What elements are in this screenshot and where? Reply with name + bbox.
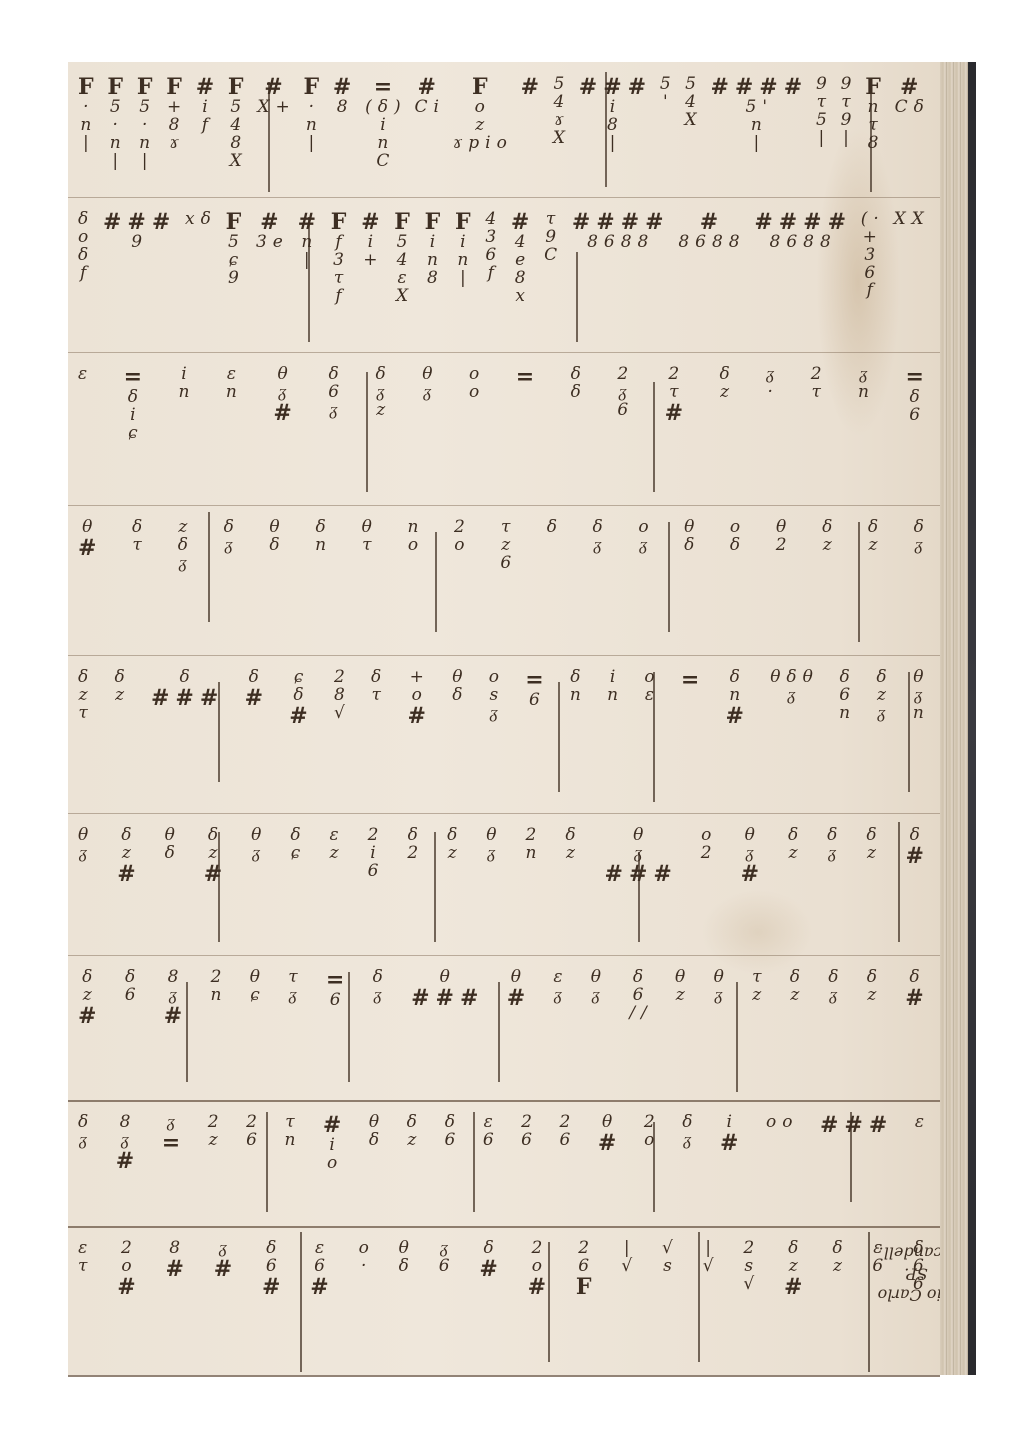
tablature-glyph: ᵹ (788, 687, 802, 705)
tablature-glyph: C (376, 153, 395, 171)
tablature-glyph: X (553, 130, 571, 148)
tablature-chord: δz (867, 969, 883, 1005)
tablature-chord: δτ (371, 669, 387, 705)
tablature-chord: δᵹ (224, 519, 240, 555)
tablature-chord: τ9C (544, 211, 563, 265)
tablature-chord: F+8ɤ (166, 76, 188, 153)
tablature-glyph: f (80, 265, 92, 283)
tablature-glyph: F (228, 76, 250, 99)
tablature-chord: 2o# (117, 1240, 141, 1299)
tablature-glyph: | (304, 252, 316, 270)
tablature-glyph: o (327, 1155, 343, 1173)
tablature-glyph: 8688 (587, 234, 654, 252)
tablature-glyph: | (610, 135, 622, 153)
tablature-chord: 436f (485, 211, 502, 282)
tablature-glyph: s (663, 1258, 678, 1276)
tablature-glyph: δ (547, 519, 563, 537)
tablature-chord: δ (547, 519, 563, 537)
tablature-glyph: o (454, 537, 470, 555)
tablature-chord: δz (866, 827, 882, 863)
tablature-chord: ɛz (330, 827, 345, 863)
tablature-glyph: ɤ (554, 112, 570, 130)
tablature-chord: #8 (333, 76, 357, 117)
tablature-glyph: F (576, 1276, 598, 1299)
glyph-row: θ#δτzδᵹδᵹθδδnθτno2oτz6δδᵹoᵹθδoδθ2δzδzδᵹ (78, 519, 930, 573)
tablature-glyph: z (79, 687, 94, 705)
tablature-chord: θᵹ (714, 969, 730, 1005)
tablature-glyph: ɤ (169, 135, 185, 153)
tablature-glyph: τ (362, 537, 377, 555)
tablature-chord: ɛ6 (483, 1114, 500, 1150)
tablature-chord: θ# (598, 1114, 622, 1155)
tablature-glyph: f (867, 282, 879, 300)
tablature-chord: |√ (703, 1240, 720, 1276)
tablature-chord: τn (284, 1114, 301, 1150)
tablature-glyph: ᵹ (915, 537, 929, 555)
tablature-chord: #3e (256, 211, 289, 252)
tablature-chord: 2o (454, 519, 471, 555)
tablature-glyph: ᵹ (79, 1132, 93, 1150)
tablature-chord: ᵹn (858, 366, 875, 402)
tablature-chord: ɛ (78, 366, 93, 384)
tablature-chord: δτ (132, 519, 148, 555)
tablature-glyph: F (331, 211, 353, 234)
tablature-chord: δz (565, 827, 581, 863)
book-binding-edge (940, 62, 968, 1375)
tablature-system: δzτδzδ###δ#ɕδ#28√δτ+o#θδosᵹ=6δninoɛ=δn#θ… (68, 655, 940, 813)
tablature-glyph: = (124, 366, 148, 389)
tablature-glyph: τ (811, 384, 826, 402)
tablature-glyph: 8 (515, 270, 532, 288)
tablature-glyph: 3 (864, 247, 881, 265)
tablature-glyph: = (905, 366, 929, 389)
tablature-glyph: F (425, 211, 447, 234)
tablature-glyph: 9 (545, 229, 562, 247)
tablature-chord: θᵹ (591, 969, 607, 1005)
tablature-chord: δz# (117, 827, 141, 886)
tablature-glyph: 6 (839, 687, 856, 705)
tablature-glyph: # (521, 76, 545, 99)
tablature-chord: θᵹ# (741, 827, 765, 886)
tablature-glyph: 4 (554, 94, 571, 112)
tablature-chord: θᵹ (78, 827, 94, 863)
tablature-glyph: ᵹ (169, 987, 183, 1005)
tablature-chord: i# (720, 1114, 744, 1155)
tablature-chord: ᵹ# (214, 1240, 238, 1281)
tablature-chord: =δiɕ (124, 366, 148, 443)
tablature-chord: δz (832, 1240, 848, 1276)
tablature-chord: δ6 (444, 1114, 461, 1150)
tablature-chord: δz (407, 1114, 423, 1150)
tablature-chord: o· (359, 1240, 375, 1276)
tablature-glyph: τ (334, 270, 349, 288)
tablature-glyph: n (179, 384, 196, 402)
tablature-glyph: ᵹ (279, 384, 293, 402)
tablature-glyph: 6 (328, 384, 345, 402)
tablature-glyph: δ (571, 384, 587, 402)
tablature-glyph: # (528, 1276, 552, 1299)
tablature-chord: F5·n| (137, 76, 159, 170)
tablature-glyph: # (720, 1132, 744, 1155)
tablature-chord: ᵹ6 (439, 1240, 456, 1276)
tablature-glyph: ᵹ (746, 845, 760, 863)
tablature-glyph: + (363, 252, 383, 270)
tablature-glyph: 8 (334, 687, 351, 705)
tablature-glyph: z (407, 1132, 422, 1150)
tablature-glyph: δ (684, 537, 700, 555)
tablature-chord: δz (788, 827, 804, 863)
tablature-chord: 26 (560, 1114, 577, 1150)
tablature-glyph: 8688 (770, 234, 837, 252)
tablature-chord: 2τ (811, 366, 828, 402)
tablature-glyph: ᵹ (423, 384, 437, 402)
tablature-chord: ᵹ· (766, 366, 780, 402)
tablature-glyph: f (335, 288, 347, 306)
tablature-system: δoδf###9xδF5ɕ9#3e#n|Ff3τf#i+F54ɛXFin8Fin… (68, 197, 940, 352)
tablature-chord: δoδf (78, 211, 94, 282)
tablature-glyph: ### (605, 863, 678, 886)
tablature-chord: δδ (571, 366, 587, 402)
tablature-glyph: | (83, 135, 95, 153)
tablature-chord: F·n| (78, 76, 100, 153)
tablature-chord: δ6// (629, 969, 652, 1023)
tablature-glyph: XX (894, 211, 930, 229)
tablature-glyph: 6 (439, 1258, 456, 1276)
tablature-chord: δᵹ (78, 1114, 94, 1150)
tablature-glyph: n (913, 705, 930, 723)
tablature-glyph: F (107, 76, 129, 99)
tablature-glyph: 6 (500, 555, 517, 573)
tablature-glyph: o (469, 384, 485, 402)
tablature-glyph: z (789, 1258, 804, 1276)
tablature-glyph: # (273, 402, 297, 425)
tablature-glyph: # (417, 76, 441, 99)
tablature-glyph: n (858, 384, 875, 402)
tablature-chord: oo (469, 366, 485, 402)
tablature-glyph: X (396, 288, 414, 306)
tablature-glyph: ᵹ (487, 845, 501, 863)
tablature-chord: θᵹ (251, 827, 267, 863)
tablature-chord: in (607, 669, 624, 705)
tablature-glyph: # (323, 1114, 347, 1137)
tablature-glyph: x (515, 288, 531, 306)
tablature-glyph: τ (78, 705, 93, 723)
tablature-glyph: 8 (427, 270, 444, 288)
tablature-chord: ### (820, 1114, 893, 1137)
tablature-chord: δ# (905, 969, 929, 1010)
tablature-glyph: n (226, 384, 243, 402)
tablature-chord: |√ (621, 1240, 638, 1276)
tablature-glyph: τ (371, 687, 386, 705)
tablature-glyph: 3e (256, 234, 289, 252)
tablature-glyph: 6 (314, 1258, 331, 1276)
tablature-chord: 2s√ (743, 1240, 760, 1294)
tablature-glyph: n (570, 687, 587, 705)
tablature-glyph: ɛ (645, 687, 660, 705)
tablature-glyph: F (78, 76, 100, 99)
tablature-chord: δᵹz (376, 366, 392, 420)
tablature-chord: δ6# (262, 1240, 286, 1299)
tablature-glyph: τ (78, 1258, 93, 1276)
tablature-glyph: X+ (257, 99, 295, 117)
tablature-glyph: 9 (841, 112, 858, 130)
tablature-glyph: n (839, 705, 856, 723)
glyph-row: F·n|F5·n|F5·n|F+8ɤ#ifF548X#X+F·n|#8=(δ)i… (78, 76, 930, 170)
tablature-glyph: 9 (228, 270, 245, 288)
tablature-glyph: = (525, 669, 549, 692)
tablature-glyph: | (753, 135, 765, 153)
tablature-chord: #X+ (257, 76, 295, 117)
tablature-glyph: z (209, 1132, 224, 1150)
tablature-glyph: # (196, 76, 220, 99)
tablature-chord: ###i8| (579, 76, 652, 153)
tablature-glyph: √ (743, 1276, 760, 1294)
tablature-glyph: 8 (337, 99, 354, 117)
tablature-glyph: ɕ (128, 425, 144, 443)
tablature-chord: ɕδ# (289, 669, 313, 728)
tablature-glyph: # (214, 1258, 238, 1281)
tablature-chord: oɛ (644, 669, 660, 705)
tablature-chord: δzᵹ (876, 669, 892, 723)
tablature-chord: F5ɕ9 (226, 211, 248, 288)
tablature-glyph: | (819, 130, 831, 148)
tablature-glyph: 6 (529, 692, 546, 710)
tablature-glyph: f (488, 265, 500, 283)
manuscript-page: F·n|F5·n|F5·n|F+8ɤ#ifF548X#X+F·n|#8=(δ)i… (68, 62, 968, 1375)
tablature-chord: 26 (521, 1114, 538, 1150)
tablature-chord: δ# (906, 827, 930, 868)
tablature-glyph: #### (754, 211, 852, 234)
tablature-glyph: # (665, 402, 689, 425)
tablature-chord: δᵹ (827, 827, 843, 863)
tablature-glyph: 2 (701, 845, 718, 863)
tablature-chord: #4e8x (511, 211, 535, 305)
tablature-chord: δz# (78, 969, 102, 1028)
tablature-chord: ɛᵹ (553, 969, 568, 1005)
tablature-chord: τᵹ (288, 969, 303, 1005)
tablature-chord: Ff3τf (331, 211, 353, 305)
tablature-glyph: # (166, 1258, 190, 1281)
tablature-glyph: ' (663, 94, 674, 112)
tablature-chord: δzτ (78, 669, 94, 723)
tablature-chord: oᵹ (638, 519, 654, 555)
tablature-glyph: C (544, 247, 563, 265)
tablature-glyph: ᵹ (592, 987, 606, 1005)
tablature-glyph: ᵹ (619, 384, 633, 402)
tablature-chord: Fozɤpio (453, 76, 513, 153)
tablature-glyph: ### (103, 211, 176, 234)
tablature-glyph: z (752, 987, 767, 1005)
tablature-glyph: z (676, 987, 691, 1005)
tablature-glyph: Ci (414, 99, 444, 117)
tablature-chord: 26 (246, 1114, 263, 1150)
tablature-glyph: 6 (444, 1132, 461, 1150)
tablature-glyph: # (479, 1258, 503, 1281)
tablature-glyph: ᵹ (639, 537, 653, 555)
tablature-glyph: √ (703, 1258, 720, 1276)
tablature-chord: δ6ᵹ (328, 366, 345, 420)
tablature-glyph: # (245, 687, 269, 710)
tablature-glyph: z (867, 845, 882, 863)
tablature-glyph: = (681, 669, 705, 692)
tablature-glyph: X (685, 112, 703, 130)
tablature-chord: =6 (525, 669, 549, 710)
tablature-chord: θ# (78, 519, 102, 560)
tablature-glyph: 6 (560, 1132, 577, 1150)
tablature-glyph: # (333, 76, 357, 99)
tablature-chord: =(δ)inC (365, 76, 407, 170)
tablature-chord: θɕ (250, 969, 266, 1005)
tablature-glyph: 2 (776, 537, 793, 555)
tablature-glyph: ### (579, 76, 652, 99)
tablature-glyph: n (729, 687, 746, 705)
tablature-glyph: # (598, 1132, 622, 1155)
tablature-glyph: F (166, 76, 188, 99)
tablature-chord: Fin| (455, 211, 477, 288)
tablature-chord: 54X (685, 76, 703, 130)
tablature-glyph: z (330, 845, 345, 863)
tablature-chord: δz (822, 519, 838, 555)
tablature-glyph: ᵹ (490, 705, 504, 723)
tablature-chord: 2τ# (665, 366, 689, 425)
tablature-chord: δᵹ (682, 1114, 698, 1150)
tablature-chord: 2o# (528, 1240, 552, 1299)
tablature-glyph: Cδ (895, 99, 930, 117)
tablature-glyph: ᵹ (554, 987, 568, 1005)
tablature-chord: F·n| (304, 76, 326, 153)
tablature-glyph: | (112, 153, 124, 171)
tablature-chord: 5' (660, 76, 677, 112)
tablature-chord: ###9 (103, 211, 176, 252)
tablature-chord: #Ci (414, 76, 444, 117)
tablature-chord: in (179, 366, 196, 402)
tablature-chord: ᵹ= (162, 1114, 186, 1155)
tablature-glyph: z (122, 845, 137, 863)
tablature-glyph: F (394, 211, 416, 234)
tablature-glyph: δ (293, 687, 309, 705)
tablature-chord: δn# (726, 669, 750, 728)
tablature-glyph: oo (766, 1114, 798, 1132)
tablature-chord: θᵹ (422, 366, 438, 402)
tablature-glyph: 6 (125, 987, 142, 1005)
tablature-glyph: = (374, 76, 398, 99)
tablature-glyph: # (511, 211, 535, 234)
tablature-chord: +o# (408, 669, 432, 728)
tablature-chord: θδ (165, 827, 181, 863)
tablature-chord: 2o (644, 1114, 661, 1150)
glyph-row: ɛ=δiɕinɛnθᵹ#δ6ᵹδᵹzθᵹoo=δδ2ᵹ62τ#δzᵹ·2τᵹn=… (78, 366, 930, 443)
tablature-glyph: 6 (246, 1132, 263, 1150)
tablature-glyph: n (139, 135, 156, 153)
tablature-glyph: ɛ (78, 366, 93, 384)
tablature-chord: δᵹ (593, 519, 609, 555)
tablature-chord: θᵹ### (605, 827, 678, 886)
tablature-glyph: z (720, 384, 735, 402)
tablature-chord: δz (868, 519, 884, 555)
tablature-chord: = (516, 366, 540, 389)
tablature-glyph: #### (710, 76, 808, 99)
tablature-system: F·n|F5·n|F5·n|F+8ɤ#ifF548X#X+F·n|#8=(δ)i… (68, 62, 940, 197)
tablature-glyph: ᵹ (289, 987, 303, 1005)
tablature-glyph: 8 (868, 135, 885, 153)
tablature-chord: θ# (507, 969, 531, 1010)
tablature-chord: δn (570, 669, 587, 705)
tablature-glyph: ᵹ (877, 705, 891, 723)
tablature-glyph: 8688 (678, 234, 745, 252)
tablature-chord: =6 (326, 969, 350, 1010)
tablature-glyph: o (121, 1258, 137, 1276)
tablature-chord: δ# (245, 669, 269, 710)
tablature-chord: #i+ (361, 211, 385, 270)
tablature-glyph: F (137, 76, 159, 99)
tablature-chord: 8ᵹ# (164, 969, 188, 1028)
tablature-chord: #io (323, 1114, 347, 1173)
tablature-glyph: o (408, 537, 424, 555)
tablature-glyph: 2 (407, 845, 424, 863)
glyph-row: θᵹδz#θδδz#θᵹδɕɛz2i6δ2δzθᵹ2nδzθᵹ###o2θᵹ#δ… (78, 827, 930, 886)
tablature-glyph: 6 (368, 863, 385, 881)
tablature-glyph: # (900, 76, 924, 99)
tablature-glyph: # (784, 1276, 808, 1299)
tablature-glyph: n (211, 987, 228, 1005)
tablature-glyph: δ (269, 537, 285, 555)
tablature-chord: θδ (452, 669, 468, 705)
tablature-glyph: 6 (521, 1132, 538, 1150)
tablature-glyph: ᵹ (594, 537, 608, 555)
tablature-glyph: # (78, 537, 102, 560)
tablature-glyph: τ (841, 94, 856, 112)
tablature-glyph: ᵹ (828, 845, 842, 863)
tablature-chord: F5·n| (107, 76, 129, 170)
tablature-chord: θᵹn (913, 669, 930, 723)
tablature-chord: 8ᵹ# (116, 1114, 140, 1173)
tablature-chord: F54ɛX (394, 211, 416, 305)
tablature-system: δᵹ8ᵹ#ᵹ=2z26τn#ioθδδzδ6ɛ62626θ#2oδᵹi#oo##… (68, 1100, 940, 1226)
tablature-chord: Fin8 (425, 211, 447, 288)
tablature-glyph: ### (820, 1114, 893, 1137)
binding-shadow (968, 62, 976, 1375)
tablature-chord: δz (720, 366, 736, 402)
glyph-row: δzτδzδ###δ#ɕδ#28√δτ+o#θδosᵹ=6δninoɛ=δn#θ… (78, 669, 930, 728)
tablature-glyph: z (448, 845, 463, 863)
tablature-chord: θτ (362, 519, 378, 555)
tablature-chord: δz# (784, 1240, 808, 1299)
tablature-glyph: z (869, 537, 884, 555)
tablature-chord: δɕ (290, 827, 306, 863)
tablature-glyph: # (408, 705, 432, 728)
tablature-glyph: | (308, 135, 320, 153)
tablature-glyph: τ (132, 537, 147, 555)
tablature-glyph: o (78, 229, 94, 247)
tablature-glyph: | (142, 153, 154, 171)
tablature-glyph: ᵹ (179, 555, 193, 573)
tablature-chord: #Cδ (895, 76, 930, 117)
tablature-glyph: ɛ (915, 1114, 930, 1132)
tablature-glyph: z (208, 845, 223, 863)
tablature-glyph: o (412, 687, 428, 705)
tablature-glyph: # (117, 863, 141, 886)
tablature-glyph: # (116, 1150, 140, 1173)
tablature-chord: δz (115, 669, 131, 705)
tablature-system: θᵹδz#θδδz#θᵹδɕɛz2i6δ2δzθᵹ2nδzθᵹ###o2θᵹ#δ… (68, 813, 940, 955)
tablature-glyph: # (361, 211, 385, 234)
tablature-chord: 54ɤX (553, 76, 571, 147)
tablature-chord: no (407, 519, 424, 555)
tablature-chord: 2n (525, 827, 542, 863)
tablature-chord: τz (752, 969, 767, 1005)
tablature-chord: zδᵹ (178, 519, 194, 573)
tablature-glyph: ᵹ (330, 402, 344, 420)
